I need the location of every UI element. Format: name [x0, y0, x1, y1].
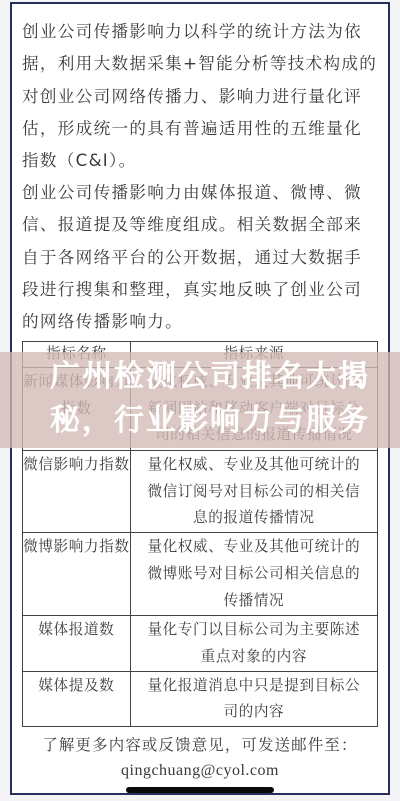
metric-name: 微信影响力指数 [23, 451, 131, 533]
table-row: 媒体报道数 量化专门以目标公司为主要陈述重点对象的内容 [23, 616, 378, 671]
metric-source: 量化权威、专业及其他可统计的微信订阅号对目标公司的相关信息的报道传播情况 [130, 451, 377, 533]
table-row: 媒体提及数 量化报道消息中只是提到目标公司的内容 [23, 671, 378, 726]
metric-name: 微博影响力指数 [23, 533, 131, 616]
metric-name: 媒体提及数 [23, 671, 131, 726]
table-row: 微博影响力指数 量化权威、专业及其他可统计的微博账号对目标公司相关信息的传播情况 [23, 533, 378, 616]
home-indicator-bar[interactable] [126, 787, 274, 793]
intro-paragraph: 创业公司传播影响力以科学的统计方法为依据，利用大数据采集+智能分析等技术构成的对… [22, 16, 378, 177]
metric-source: 量化权威、专业及其他可统计的微博账号对目标公司相关信息的传播情况 [130, 533, 377, 616]
overlay-title: 广州检测公司排名大揭秘，行业影响力与服务 [50, 355, 370, 443]
metric-source: 量化专门以目标公司为主要陈述重点对象的内容 [130, 616, 377, 671]
metric-name: 媒体报道数 [23, 616, 131, 671]
metric-source: 量化报道消息中只是提到目标公司的内容 [130, 671, 377, 726]
table-row: 微信影响力指数 量化权威、专业及其他可统计的微信订阅号对目标公司的相关信息的报道… [23, 451, 378, 533]
contact-email-link[interactable]: qingchuang@cyol.com [0, 762, 400, 780]
composition-paragraph: 创业公司传播影响力由媒体报道、微博、微信、报道提及等维度组成。相关数据全部来自于… [22, 177, 378, 338]
feedback-prompt: 了解更多内容或反馈意见，可发送邮件至： [0, 733, 400, 755]
